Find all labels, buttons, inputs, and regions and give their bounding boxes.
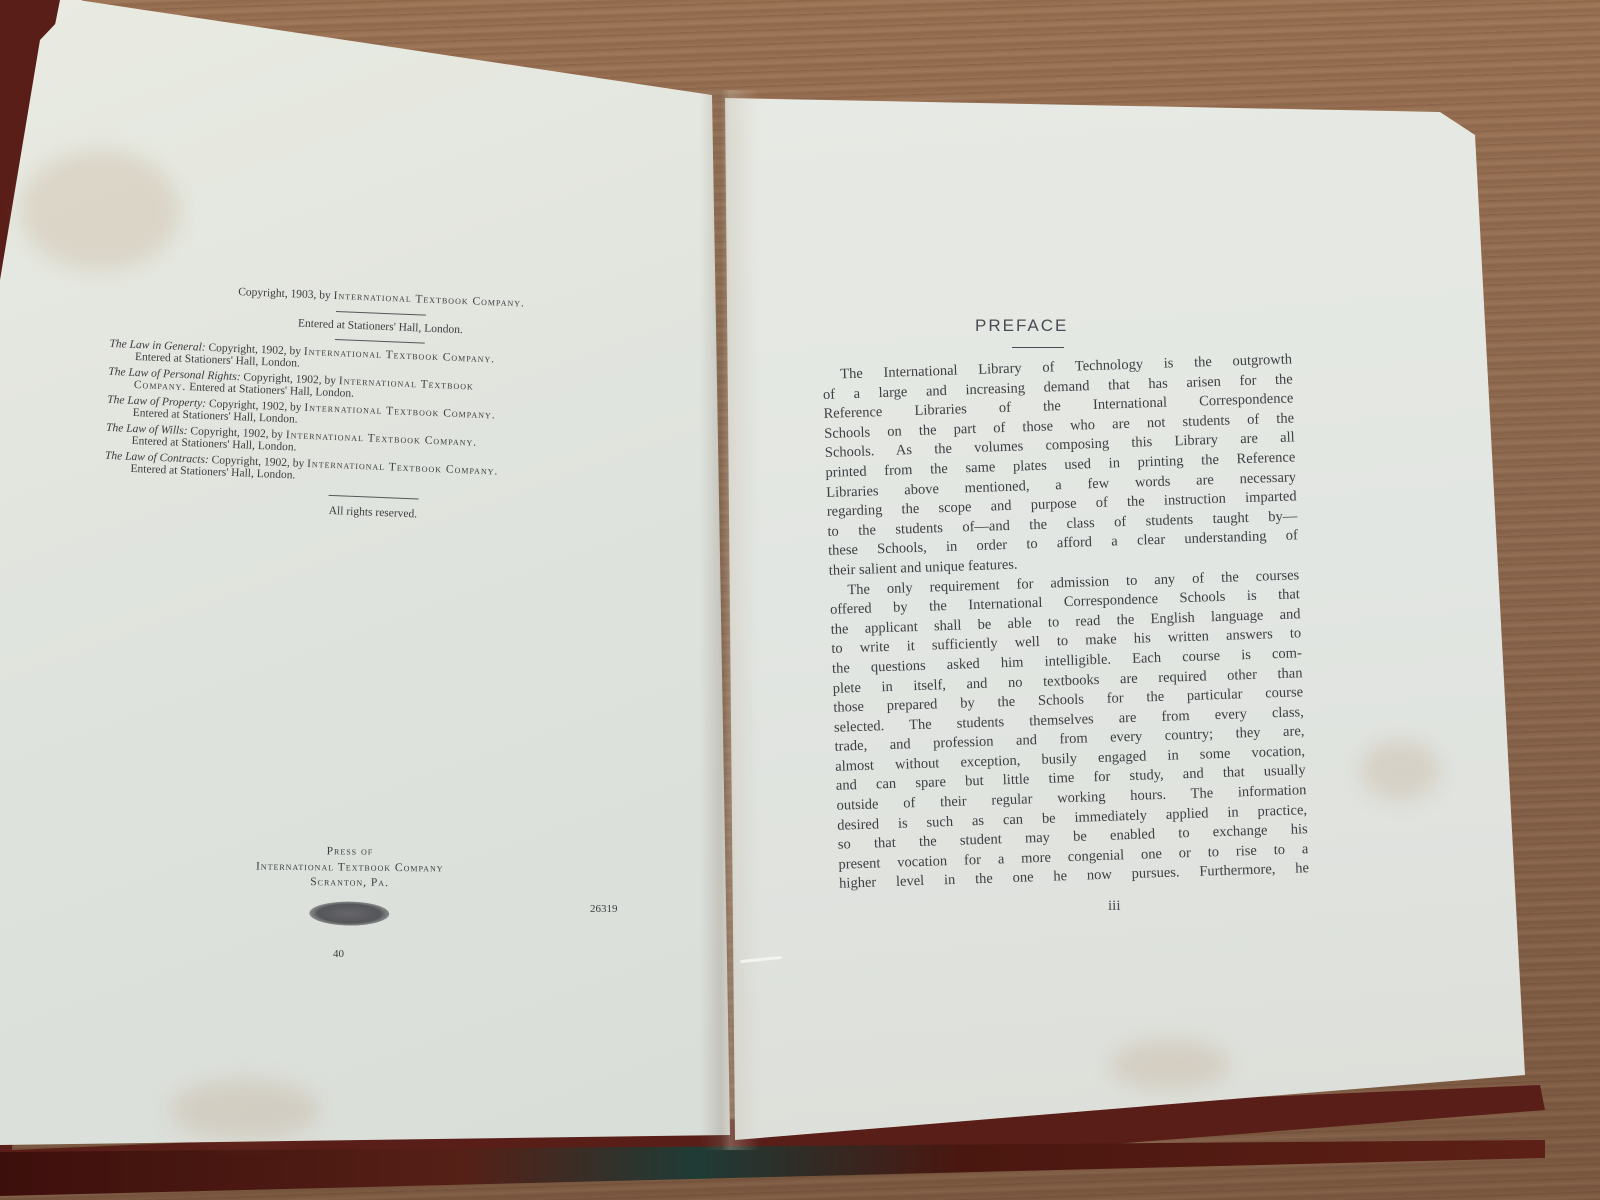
printer-imprint: Press of International Textbook Company … bbox=[199, 845, 500, 927]
divider bbox=[329, 495, 419, 500]
entered-main: Entered at Stationers' Hall, London. bbox=[110, 310, 650, 343]
age-stain bbox=[20, 150, 180, 270]
age-stain bbox=[1360, 740, 1440, 800]
preface-heading: PREFACE bbox=[975, 316, 1068, 336]
divider bbox=[335, 339, 425, 344]
page-number-left: 40 bbox=[333, 948, 344, 960]
age-stain bbox=[1110, 1040, 1230, 1090]
page-number-right: iii bbox=[1108, 898, 1121, 915]
divider bbox=[336, 311, 426, 316]
age-stain bbox=[170, 1080, 320, 1140]
divider bbox=[1012, 347, 1064, 348]
print-code: 26319 bbox=[590, 903, 618, 915]
preface-body: The International Library of Technology … bbox=[822, 350, 1309, 894]
copyright-block: Copyright, 1903, by International Textbo… bbox=[103, 282, 652, 530]
union-label-icon bbox=[309, 901, 389, 926]
